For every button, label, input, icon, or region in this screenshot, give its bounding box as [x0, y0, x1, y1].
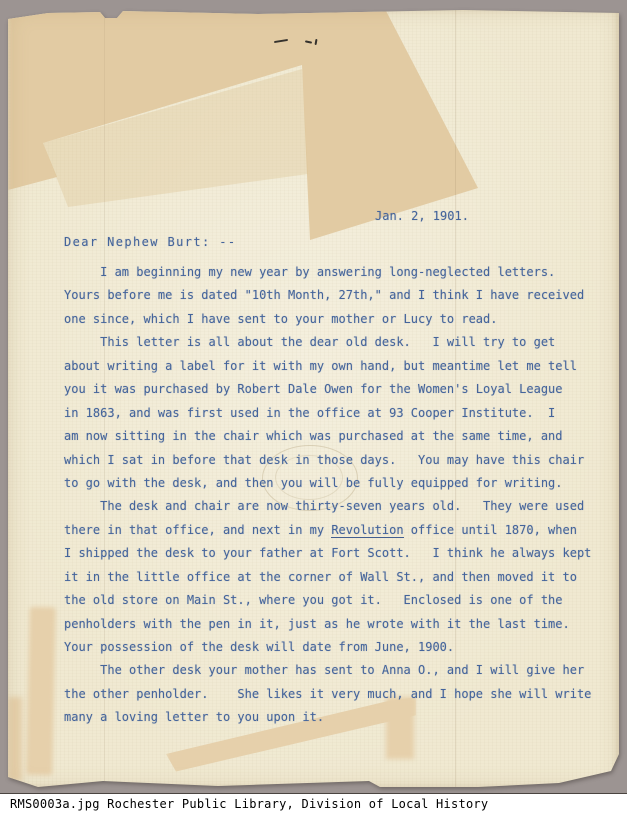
paper-edge-shading [8, 9, 620, 788]
caption-bar: RMS0003a.jpg Rochester Public Library, D… [0, 793, 627, 816]
scanned-photo: Jan. 2, 1901. Dear Nephew Burt: -- I am … [0, 0, 627, 816]
scan-background: { "colors": { "background_gray": "#9c949… [0, 0, 627, 816]
paper-sheet: Jan. 2, 1901. Dear Nephew Burt: -- I am … [8, 9, 620, 788]
letter-paper: Jan. 2, 1901. Dear Nephew Burt: -- I am … [8, 9, 620, 788]
caption-text: RMS0003a.jpg Rochester Public Library, D… [0, 794, 627, 815]
